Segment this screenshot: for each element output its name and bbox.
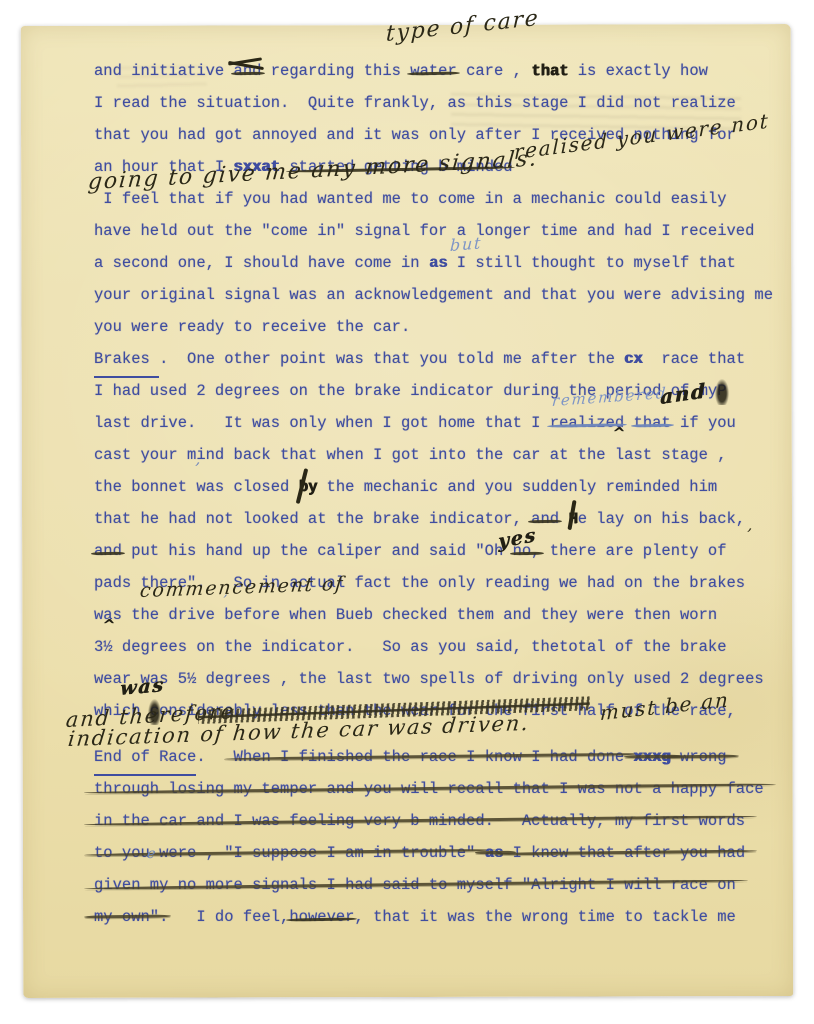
typed-segment: by <box>299 471 318 503</box>
typed-segment: an hour that I <box>94 151 234 183</box>
typed-line: the bonnet was closed by the mechanic an… <box>94 471 784 503</box>
typed-segment: have held out the "come in" signal for a… <box>94 215 754 247</box>
typed-segment: sxxat <box>234 151 281 183</box>
typed-segment: regarding this <box>261 55 410 87</box>
typed-segment: cast your mind back that when I got into… <box>94 439 727 471</box>
typed-segment: and <box>234 55 262 87</box>
typed-segment: your original signal was an acknowledgem… <box>94 279 773 311</box>
typed-line: cast your mind back that when I got into… <box>94 439 784 471</box>
typed-segment: onsiderably less than the wear for the f… <box>159 695 736 727</box>
typed-segment: however <box>289 901 354 933</box>
typed-segment: last drive. It was only when I got home … <box>94 407 550 439</box>
typed-segment: c <box>150 695 159 727</box>
typed-segment: When I finished the race I know I had do… <box>234 741 634 773</box>
typed-line: and put his hand up the caliper and said… <box>94 535 784 567</box>
typed-line: a second one, I should have come in as I… <box>94 247 784 279</box>
typed-segment: that you had got annoyed and it was only… <box>94 119 736 151</box>
typed-segment: . <box>196 741 233 773</box>
typed-segment: I read the situation. Quite frankly, as … <box>94 87 736 119</box>
typed-segment: wrong <box>671 741 727 773</box>
typed-line: was the drive before when Bueb checked t… <box>94 599 784 631</box>
typed-segment: 3½ degrees on the indicator. So as you s… <box>94 631 727 663</box>
typed-line: your original signal was an acknowledgem… <box>94 279 784 311</box>
typed-segment: I knew that after you had <box>503 837 745 869</box>
typed-segment: that <box>531 55 568 87</box>
typed-line: have held out the "come in" signal for a… <box>94 215 784 247</box>
typed-segment: which <box>94 695 150 727</box>
typed-segment: care , <box>457 55 531 87</box>
typed-segment: was the drive before when Bueb checked t… <box>94 599 717 631</box>
typed-segment: water <box>410 55 457 87</box>
typed-line: 3½ degrees on the indicator. So as you s… <box>94 631 784 663</box>
typed-segment: is exactly how <box>568 55 708 87</box>
typed-segment: End of Race <box>94 741 196 776</box>
typed-line: given my no more signals I had said to m… <box>94 869 784 901</box>
typed-line: my own". I do feel,however, that it was … <box>94 901 784 933</box>
typed-line: and initiative and regarding this water … <box>94 55 784 87</box>
typed-segment <box>624 407 633 439</box>
typed-segment: I still thought to myself that <box>447 247 735 279</box>
typed-segment: through losing my temper and you will re… <box>94 773 764 805</box>
typed-segment: Brakes <box>94 343 159 378</box>
typed-segment: race that <box>643 343 745 375</box>
typed-segment: if you <box>671 407 736 439</box>
typed-segment: e lay on his back, <box>578 503 745 535</box>
typed-segment: as <box>429 247 448 279</box>
typed-segment: the mechanic and you suddenly reminded h… <box>317 471 717 503</box>
typed-segment: . One other point was that you told me a… <box>159 343 624 375</box>
typed-segment: pads there". So in actual fact the only … <box>94 567 745 599</box>
typed-segment: cx <box>624 343 643 375</box>
typed-segment: realized <box>550 407 624 439</box>
typed-segment: P <box>717 375 726 407</box>
typed-line: an hour that I sxxat started getting b m… <box>94 151 784 183</box>
typed-segment: , that it was the wrong time to tackle m… <box>354 901 735 933</box>
typed-line: pads there". So in actual fact the only … <box>94 567 784 599</box>
typed-segment: there are plenty of <box>540 535 726 567</box>
typed-line: that you had got annoyed and it was only… <box>94 119 784 151</box>
typed-segment: given my no more signals I had said to m… <box>94 869 736 901</box>
typed-segment: that he had not looked at the brake indi… <box>94 503 531 535</box>
typed-line: End of Race. When I finished the race I … <box>94 741 784 773</box>
typed-segment: and <box>531 503 559 535</box>
typed-segment: you were ready to receive the car. <box>94 311 410 343</box>
typed-line: Brakes . One other point was that you to… <box>94 343 784 375</box>
typed-segment: and initiative <box>94 55 234 87</box>
typed-line: in the car and I was feeling very b mind… <box>94 805 784 837</box>
typed-line: that he had not looked at the brake indi… <box>94 503 784 535</box>
typed-line: through losing my temper and you will re… <box>94 773 784 805</box>
typed-segment: H <box>568 503 577 535</box>
typed-line: I had used 2 degrees on the brake indica… <box>94 375 784 407</box>
typed-segment <box>559 503 568 535</box>
scanned-letter-screenshot: { "description": "Scan of a typewritten … <box>0 0 814 1024</box>
typed-line: I read the situation. Quite frankly, as … <box>94 87 784 119</box>
typed-line: last drive. It was only when I got home … <box>94 407 784 439</box>
typed-segment: I feel that if you had wanted me to come… <box>94 183 727 215</box>
typed-segment: that <box>634 407 671 439</box>
typed-segment: a second one, I should have come in <box>94 247 429 279</box>
typed-segment: in the car and I was feeling very b mind… <box>94 805 745 837</box>
typed-segment: to you were , "I suppose I am in trouble… <box>94 837 485 869</box>
typed-segment: wear was 5½ degrees , the last two spell… <box>94 663 764 695</box>
typed-segment: my own" <box>94 901 159 933</box>
typed-line: you were ready to receive the car. <box>94 311 784 343</box>
typed-segment: I had used 2 degrees on the brake indica… <box>94 375 717 407</box>
typed-line: I feel that if you had wanted me to come… <box>94 183 784 215</box>
typed-segment: the bonnet was closed <box>94 471 299 503</box>
typed-segment <box>280 151 289 183</box>
typed-segment: put his hand up the caliper and said "Oh <box>122 535 513 567</box>
typed-line: which considerably less than the wear fo… <box>94 695 784 727</box>
typed-segment: no, <box>513 535 541 567</box>
typed-letter-text: and initiative and regarding this water … <box>94 55 784 933</box>
typed-line: to you were , "I suppose I am in trouble… <box>94 837 784 869</box>
typed-segment: started getting b minded <box>289 151 512 183</box>
typed-segment: and <box>94 535 122 567</box>
typed-segment: . I do feel, <box>159 901 289 933</box>
typed-line: wear was 5½ degrees , the last two spell… <box>94 663 784 695</box>
